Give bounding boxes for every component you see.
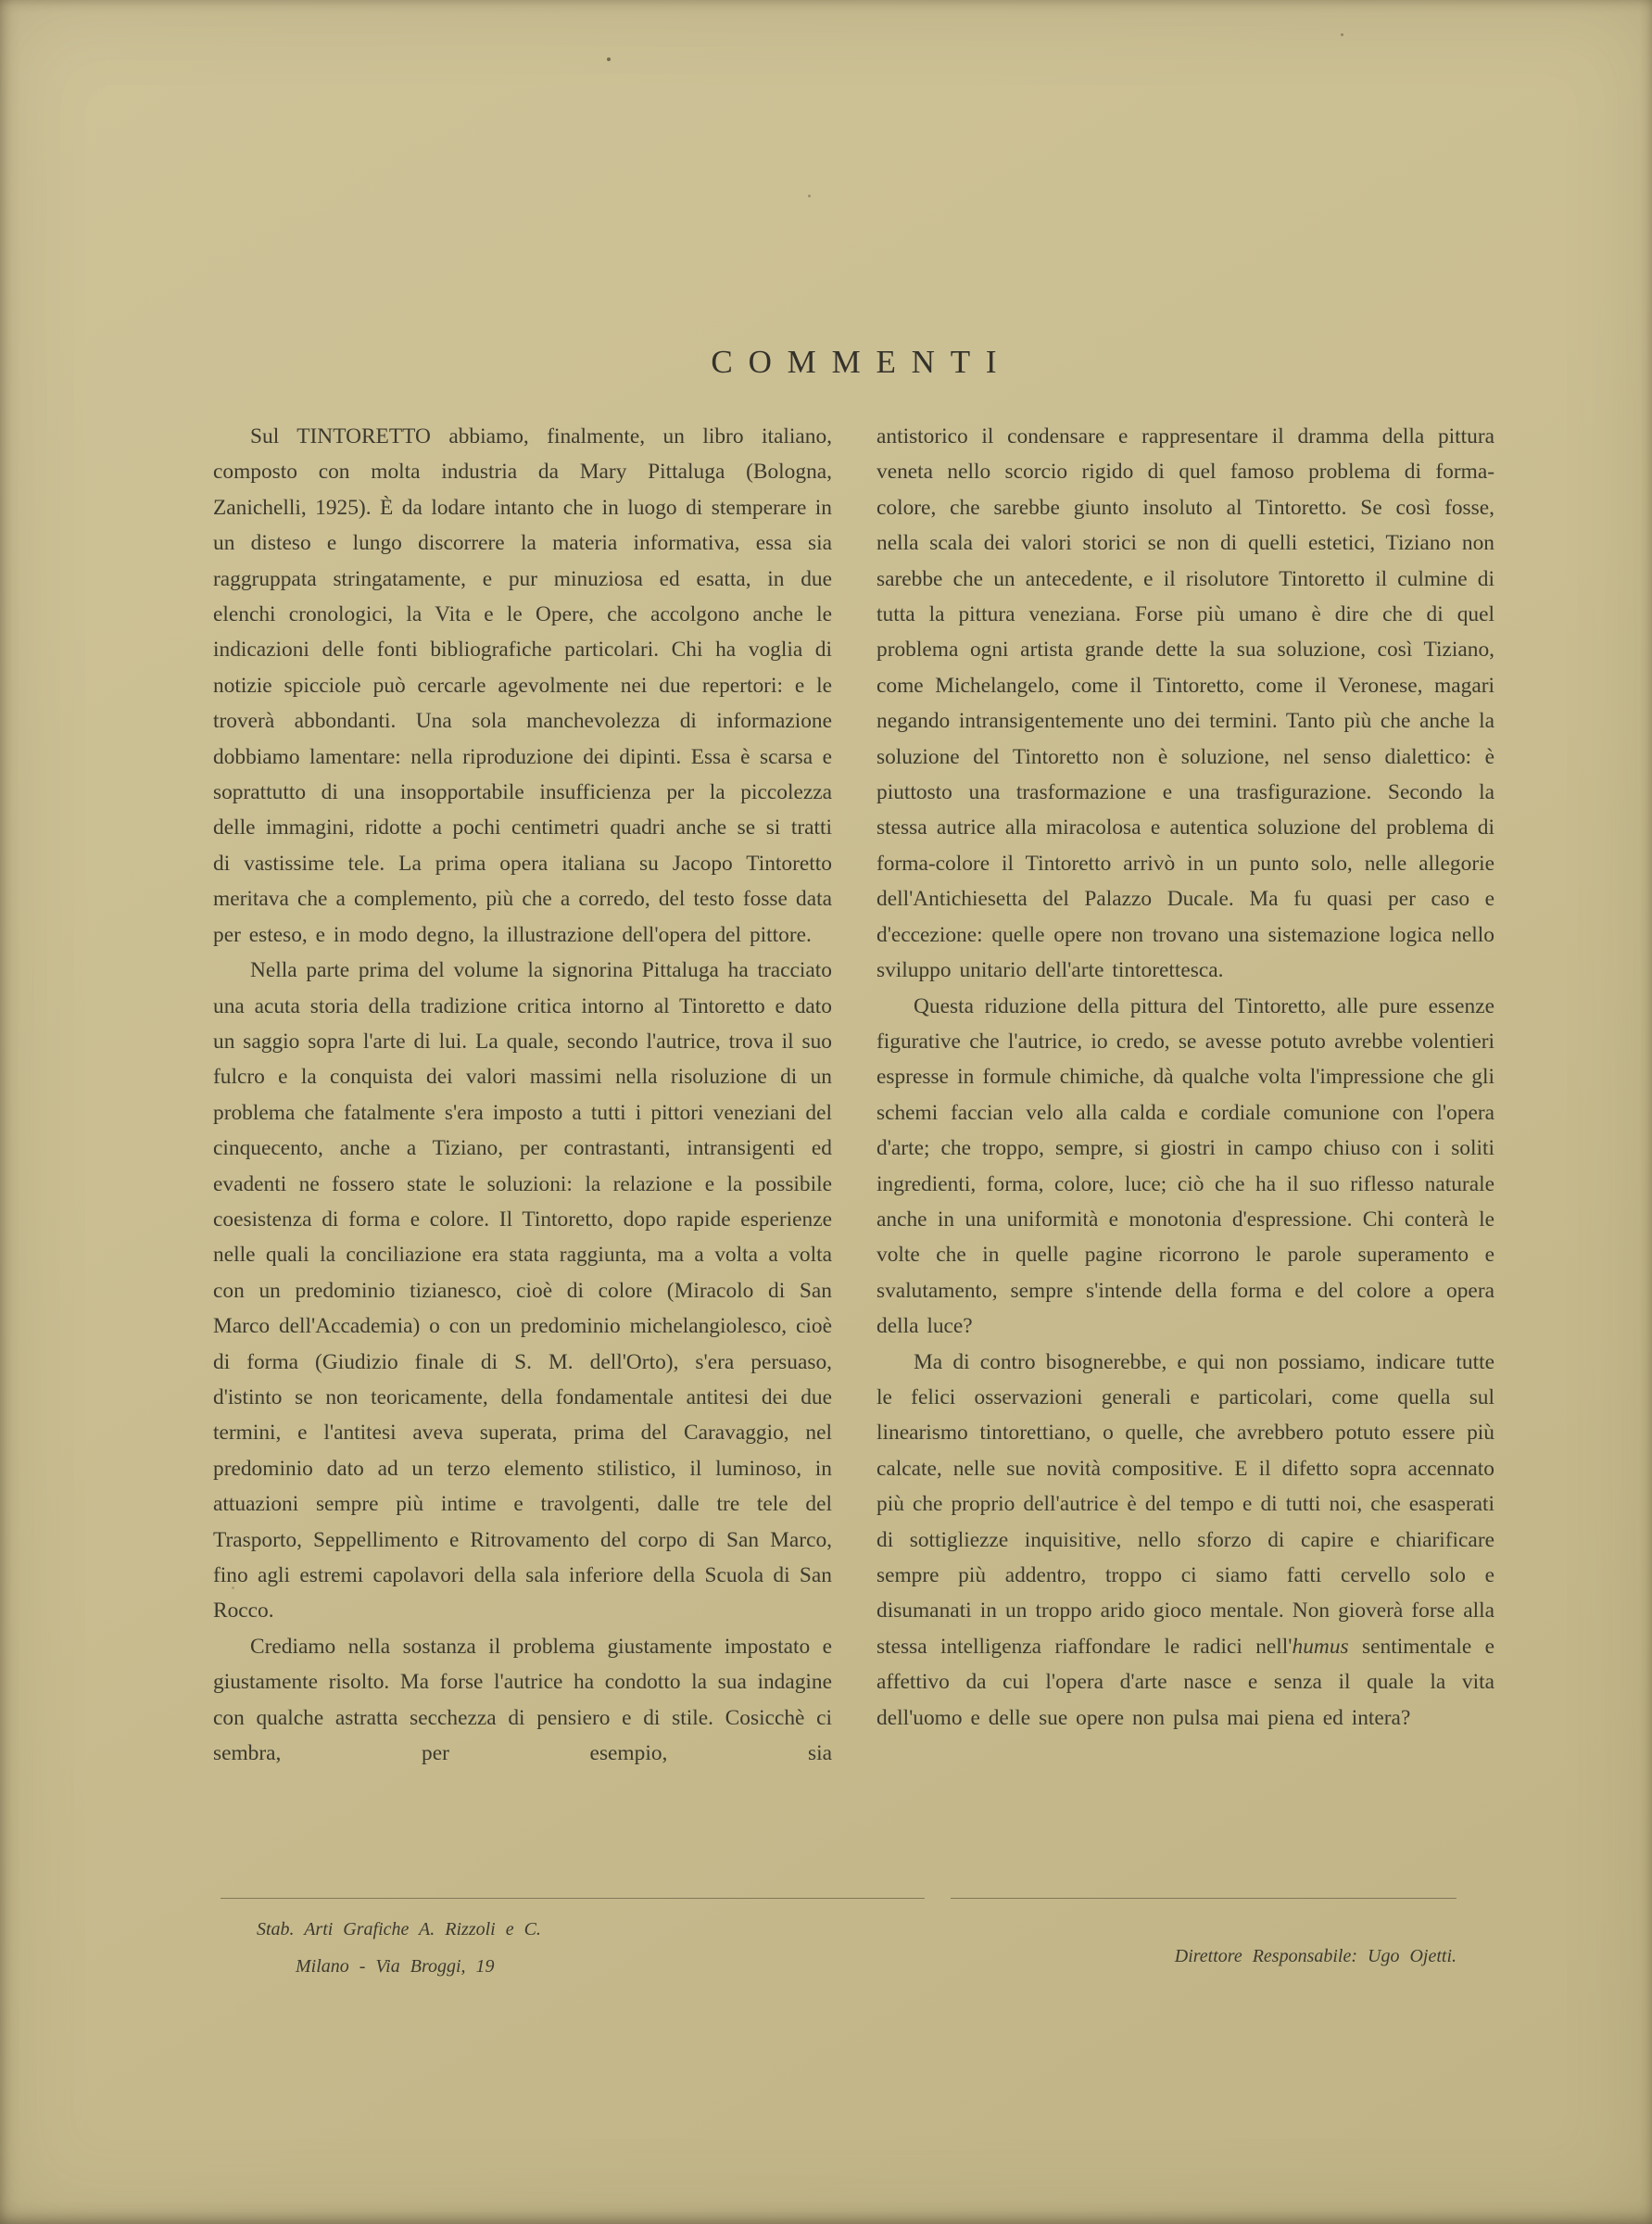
left-column: Sul TINTORETTO abbiamo, finalmente, un l…: [213, 419, 832, 1771]
paper-speck: [232, 1586, 234, 1589]
printer-address: Milano - Via Broggi, 19: [257, 1948, 541, 1985]
director-credit: Direttore Responsabile: Ugo Ojetti.: [927, 1946, 1457, 1967]
paragraph: antistorico il condensare e rappresentar…: [876, 419, 1494, 989]
printer-name: Stab. Arti Grafiche A. Rizzoli e C.: [257, 1911, 541, 1948]
paper-speck: [808, 195, 811, 197]
paper-speck: [607, 57, 611, 61]
footer-rule-left: [221, 1898, 925, 1899]
right-column: antistorico il condensare e rappresentar…: [876, 419, 1494, 1736]
paragraph: Sul TINTORETTO abbiamo, finalmente, un l…: [213, 419, 832, 953]
italic-term: humus: [1293, 1635, 1349, 1659]
page-title: COMMENTI: [213, 344, 1494, 381]
paragraph: Ma di contro bisognerebbe, e qui non pos…: [876, 1345, 1494, 1736]
paragraph: Questa riduzione della pittura del Tinto…: [876, 989, 1494, 1345]
paragraph-text: Ma di contro bisognerebbe, e qui non pos…: [876, 1350, 1494, 1659]
printer-imprint: Stab. Arti Grafiche A. Rizzoli e C. Mila…: [257, 1911, 541, 1985]
paragraph: Nella parte prima del volume la signorin…: [213, 953, 832, 1629]
paragraph: Crediamo nella sostanza il problema gius…: [213, 1629, 832, 1772]
footer-rule-right: [951, 1898, 1457, 1899]
paper-speck: [1341, 33, 1343, 36]
document-page: COMMENTI Sul TINTORETTO abbiamo, finalme…: [0, 0, 1652, 2224]
